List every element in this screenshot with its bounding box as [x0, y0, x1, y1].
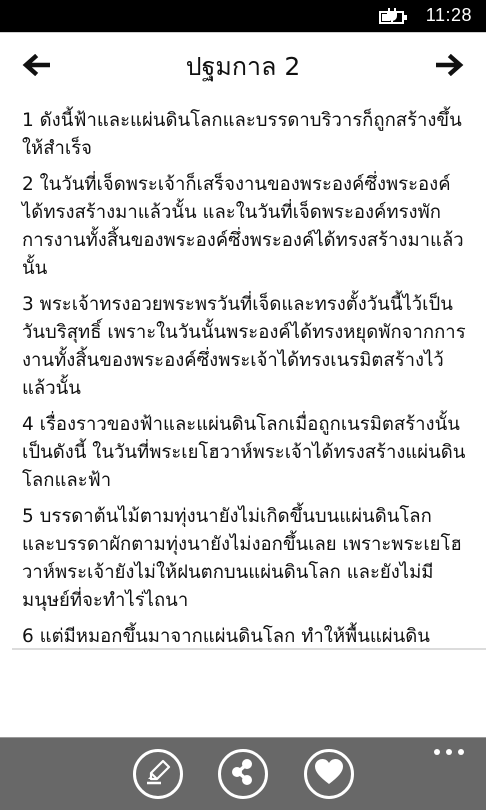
verse-3[interactable]: 3 พระเจ้าทรงอวยพระพรวันที่เจ็ดและทรงตั้ง…: [0, 291, 486, 403]
app-bar: [0, 737, 486, 810]
status-bar: 11:28: [0, 0, 486, 32]
chapter-title: ปฐมกาล 2: [0, 47, 486, 87]
more-dots-icon: [446, 749, 452, 755]
favorite-button[interactable]: [304, 749, 354, 799]
verse-1[interactable]: 1 ดังนี้ฟ้าและแผ่นดินโลกและบรรดาบริวารก็…: [0, 107, 486, 163]
more-options-button[interactable]: [434, 744, 464, 760]
blank-area: [0, 650, 486, 737]
share-button[interactable]: [218, 749, 268, 799]
share-icon: [228, 757, 258, 791]
more-dots-icon: [458, 749, 464, 755]
verse-list[interactable]: 1 ดังนี้ฟ้าและแผ่นดินโลกและบรรดาบริวารก็…: [0, 103, 486, 648]
battery-charging-icon: [379, 8, 409, 24]
heart-icon: [314, 758, 344, 790]
arrow-right-icon: [436, 54, 464, 80]
verse-6[interactable]: 6 แต่มีหมอกขึ้นมาจากแผ่นดินโลก ทำให้พื้น…: [0, 623, 486, 648]
next-chapter-button[interactable]: [434, 53, 466, 81]
clock: 11:28: [426, 5, 472, 26]
verse-5[interactable]: 5 บรรดาต้นไม้ตามทุ่งนายังไม่เกิดขึ้นบนแผ…: [0, 503, 486, 615]
highlighter-pen-icon: [143, 757, 173, 791]
more-dots-icon: [434, 749, 440, 755]
verse-4[interactable]: 4 เรื่องราวของฟ้าและแผ่นดินโลกเมื่อถูกเน…: [0, 411, 486, 495]
highlight-button[interactable]: [133, 749, 183, 799]
verse-2[interactable]: 2 ในวันที่เจ็ดพระเจ้าก็เสร็จงานของพระองค…: [0, 171, 486, 283]
header: ปฐมกาล 2: [0, 33, 486, 103]
